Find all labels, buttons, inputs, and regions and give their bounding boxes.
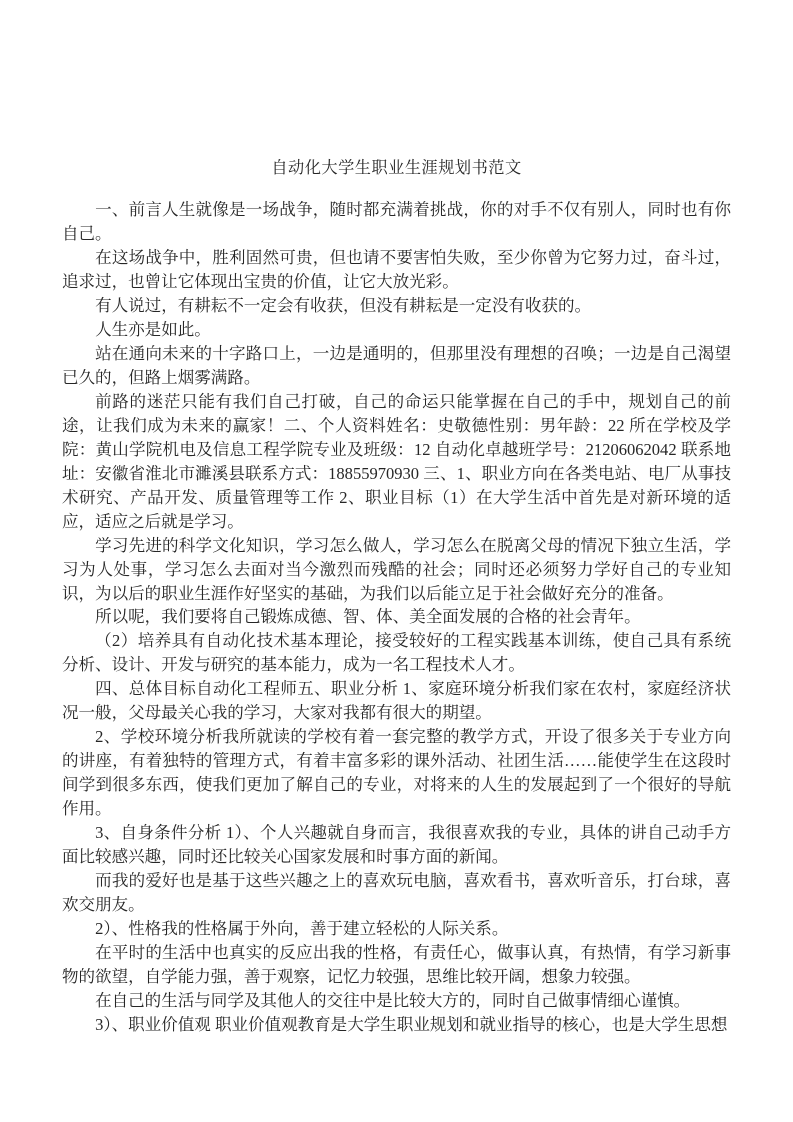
paragraph: 人生亦是如此。 [62,318,731,342]
paragraph: 在这场战争中，胜利固然可贵，但也请不要害怕失败，至少你曾为它努力过，奋斗过，追求… [62,246,731,294]
document-title: 自动化大学生职业生涯规划书范文 [0,156,793,180]
paragraph: 前路的迷茫只能有我们自己打破，自己的命运只能掌握在自己的手中，规划自己的前途，让… [62,390,731,534]
document-body: 一、前言人生就像是一场战争，随时都充满着挑战，你的对手不仅有别人，同时也有你自己… [62,198,731,1037]
document-page: 自动化大学生职业生涯规划书范文 一、前言人生就像是一场战争，随时都充满着挑战，你… [0,0,793,1122]
paragraph: 2）、性格我的性格属于外向，善于建立轻松的人际关系。 [62,917,731,941]
paragraph: 3）、职业价值观 职业价值观教育是大学生职业规划和就业指导的核心，也是大学生思想 [62,1013,731,1037]
paragraph: 2、学校环境分析我所就读的学校有着一套完整的教学方式，开设了很多关于专业方向的讲… [62,725,731,821]
paragraph: 四、总体目标自动化工程师五、职业分析 1、家庭环境分析我们家在农村，家庭经济状况… [62,677,731,725]
paragraph: 在自己的生活与同学及其他人的交往中是比较大方的，同时自己做事情细心谨慎。 [62,989,731,1013]
paragraph: 在平时的生活中也真实的反应出我的性格，有责任心，做事认真，有热情，有学习新事物的… [62,941,731,989]
paragraph: 所以呢，我们要将自己锻炼成德、智、体、美全面发展的合格的社会青年。 [62,605,731,629]
paragraph: 而我的爱好也是基于这些兴趣之上的喜欢玩电脑，喜欢看书，喜欢听音乐，打台球，喜欢交… [62,869,731,917]
paragraph: 3、自身条件分析 1）、个人兴趣就自身而言，我很喜欢我的专业，具体的讲自己动手方… [62,821,731,869]
paragraph: 学习先进的科学文化知识，学习怎么做人，学习怎么在脱离父母的情况下独立生活，学习为… [62,534,731,606]
paragraph: 站在通向未来的十字路口上，一边是通明的，但那里没有理想的召唤；一边是自己渴望已久… [62,342,731,390]
paragraph: 一、前言人生就像是一场战争，随时都充满着挑战，你的对手不仅有别人，同时也有你自己… [62,198,731,246]
paragraph: （2）培养具有自动化技术基本理论，接受较好的工程实践基本训练，使自己具有系统分析… [62,629,731,677]
paragraph: 有人说过，有耕耘不一定会有收获，但没有耕耘是一定没有收获的。 [62,294,731,318]
